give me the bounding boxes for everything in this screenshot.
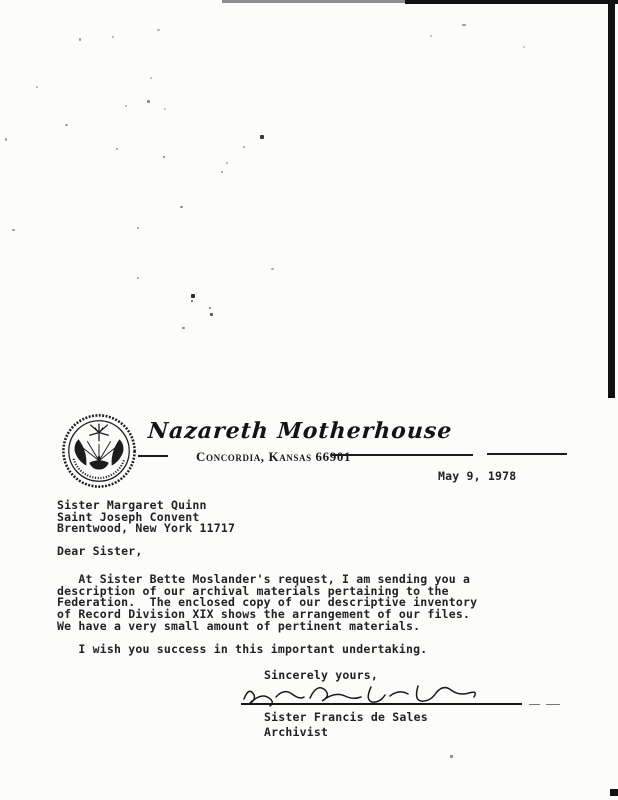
dust-speck [65,124,68,126]
signature-rule-dash [546,704,560,705]
dust-speck [116,148,118,150]
scan-corner-mark [610,789,618,796]
dust-speck [221,171,223,173]
dust-speck [36,86,38,88]
recipient-address: Sister Margaret Quinn Saint Joseph Conve… [57,500,235,535]
dust-speck [191,294,195,298]
body-paragraph-2: I wish you success in this important und… [57,644,427,656]
letterhead-rule-mid [331,454,473,456]
letterhead-rule-right [487,453,567,455]
motherhouse-seal-icon [60,412,138,490]
dust-speck [137,227,139,229]
dust-speck [260,135,264,139]
scanned-letter-page: Nazareth Motherhouse Concordia, Kansas 6… [0,0,618,800]
signed-name: Sister Francis de Sales [264,712,428,724]
signature-rule-dash [529,704,540,705]
letter-date: May 9, 1978 [438,471,516,483]
dust-speck [243,146,245,148]
dust-speck [147,100,150,103]
dust-speck [462,24,466,26]
dust-speck [125,105,127,107]
letterhead-rule-left [138,455,168,457]
letterhead-org-location: Concordia, Kansas 66901 [196,449,351,465]
dust-speck [150,77,152,79]
dust-speck [209,307,211,309]
letterhead-org-name: Nazareth Motherhouse [147,418,453,444]
dust-speck [430,35,432,37]
dust-speck [450,755,453,758]
signature-rule [241,703,522,705]
dust-speck [112,36,114,38]
dust-speck [12,229,15,231]
handwritten-signature [238,679,538,711]
dust-speck [523,46,525,48]
dust-speck [79,38,81,41]
dust-speck [210,313,213,316]
dust-speck [164,108,166,110]
dust-speck [226,162,228,164]
scan-edge-top-black [405,0,618,4]
dust-speck [157,29,160,31]
dust-speck [163,156,165,158]
dust-speck [5,138,7,141]
dust-speck [137,277,139,279]
signed-title: Archivist [264,727,328,739]
dust-speck [182,327,185,329]
dust-speck [180,206,183,208]
scan-edge-top-gray [222,0,407,3]
scan-edge-right-bar [608,0,615,398]
dust-speck [271,268,274,270]
salutation: Dear Sister, [57,546,142,558]
body-paragraph-1: At Sister Bette Moslander's request, I a… [57,574,477,633]
dust-speck [191,300,193,302]
